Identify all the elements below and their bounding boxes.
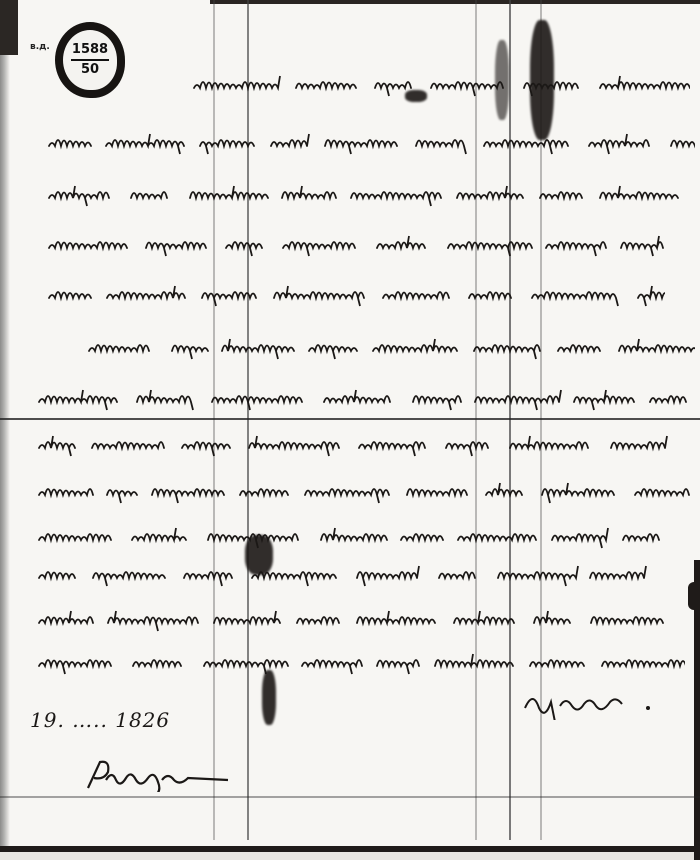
scan-margin [0,852,700,860]
ink-blot [688,582,700,610]
fold-line-horizontal [0,418,700,420]
handwritten-line [35,560,675,588]
ink-smudge [262,670,276,725]
archive-stamp: 1588 50 [55,22,125,98]
page-edge-left [0,0,10,860]
handwritten-line [35,384,695,412]
stamp-prefix: в.д. [30,42,50,52]
handwritten-line [35,605,685,633]
stamp-divider [71,59,109,61]
closing-word [520,680,660,720]
handwritten-line [45,230,695,258]
page-edge-corner [0,0,18,55]
page-edge-bottom [0,846,700,852]
handwritten-line [35,477,695,505]
fold-line-vertical [509,0,511,840]
handwritten-line [35,648,685,676]
letter-page: в.д. 1588 50 19. ….. 1826 [0,0,700,860]
handwritten-line [45,128,695,156]
handwritten-line [35,522,695,550]
handwritten-line [45,280,665,308]
stamp-number-top: 1588 [72,43,108,57]
fold-line-vertical [247,0,249,840]
page-edge-top [210,0,700,4]
handwritten-line [45,180,695,208]
fold-line-vertical [475,0,477,840]
fold-line-vertical [213,0,215,840]
signature [82,758,252,792]
handwritten-line [190,70,690,98]
handwritten-line [85,333,695,361]
fold-line-horizontal [0,796,700,798]
stamp-number-bottom: 50 [81,63,99,77]
letter-date: 19. ….. 1826 [30,708,170,732]
handwritten-line [35,430,695,458]
